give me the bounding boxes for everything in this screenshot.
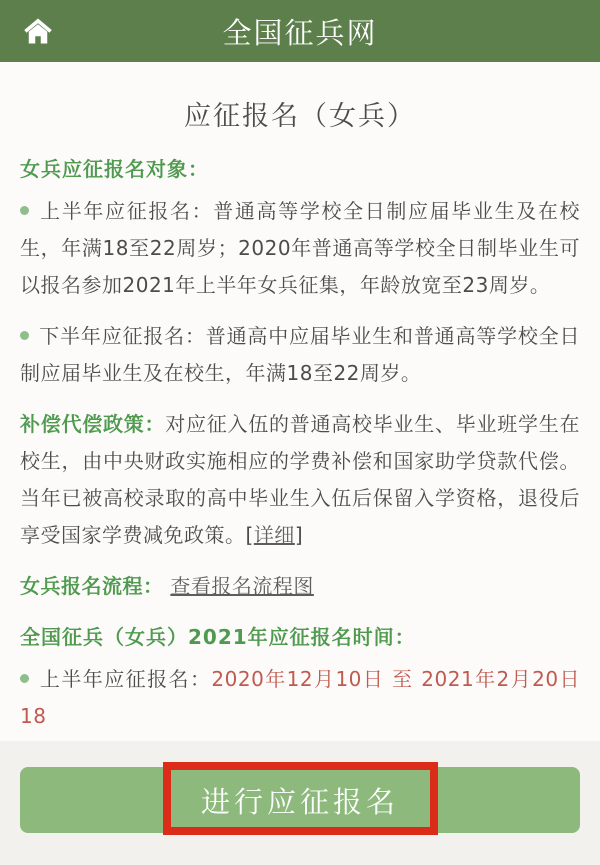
bullet-icon <box>20 674 29 683</box>
app-title: 全国征兵网 <box>222 11 377 52</box>
page-title: 应征报名（女兵） <box>20 94 580 133</box>
policy-detail-link[interactable]: 详细 <box>254 523 295 547</box>
policy-label: 补偿代偿政策： <box>20 412 165 436</box>
policy-bracket-close: ] <box>295 523 303 547</box>
policy-bracket-open: [ <box>246 523 254 547</box>
enlist-button[interactable]: 进行应征报名 <box>20 767 580 833</box>
eligibility-second-half-item: 下半年应征报名：普通高中应届毕业生和普通高等学校全日制应届毕业生及在校生，年满1… <box>20 318 580 392</box>
schedule-first-half-label: 上半年应征报名： <box>39 667 211 691</box>
app-header: 全国征兵网 <box>0 0 600 62</box>
flow-chart-link[interactable]: 查看报名流程图 <box>170 574 314 598</box>
home-icon <box>23 17 53 45</box>
flow-label: 女兵报名流程： <box>20 574 164 598</box>
policy-paragraph: 补偿代偿政策：对应征入伍的普通高校毕业生、毕业班学生在校生，由中央财政实施相应的… <box>20 406 580 554</box>
schedule-heading: 全国征兵（女兵）2021年应征报名时间： <box>20 621 580 653</box>
home-button[interactable] <box>22 16 54 46</box>
bullet-icon <box>20 331 29 340</box>
flow-row: 女兵报名流程： 查看报名流程图 <box>20 568 580 605</box>
eligibility-first-half-item: 上半年应征报名：普通高等学校全日制应届毕业生及在校生，年满18至22周岁；202… <box>20 193 580 304</box>
eligibility-first-half-text: 上半年应征报名：普通高等学校全日制应届毕业生及在校生，年满18至22周岁；202… <box>20 199 580 297</box>
eligibility-second-half-text: 下半年应征报名：普通高中应届毕业生和普通高等学校全日制应届毕业生及在校生，年满1… <box>20 324 580 385</box>
bullet-icon <box>20 206 29 215</box>
page: 全国征兵网 应征报名（女兵） 女兵应征报名对象： 上半年应征报名：普通高等学校全… <box>0 0 600 865</box>
eligibility-heading: 女兵应征报名对象： <box>20 153 580 185</box>
